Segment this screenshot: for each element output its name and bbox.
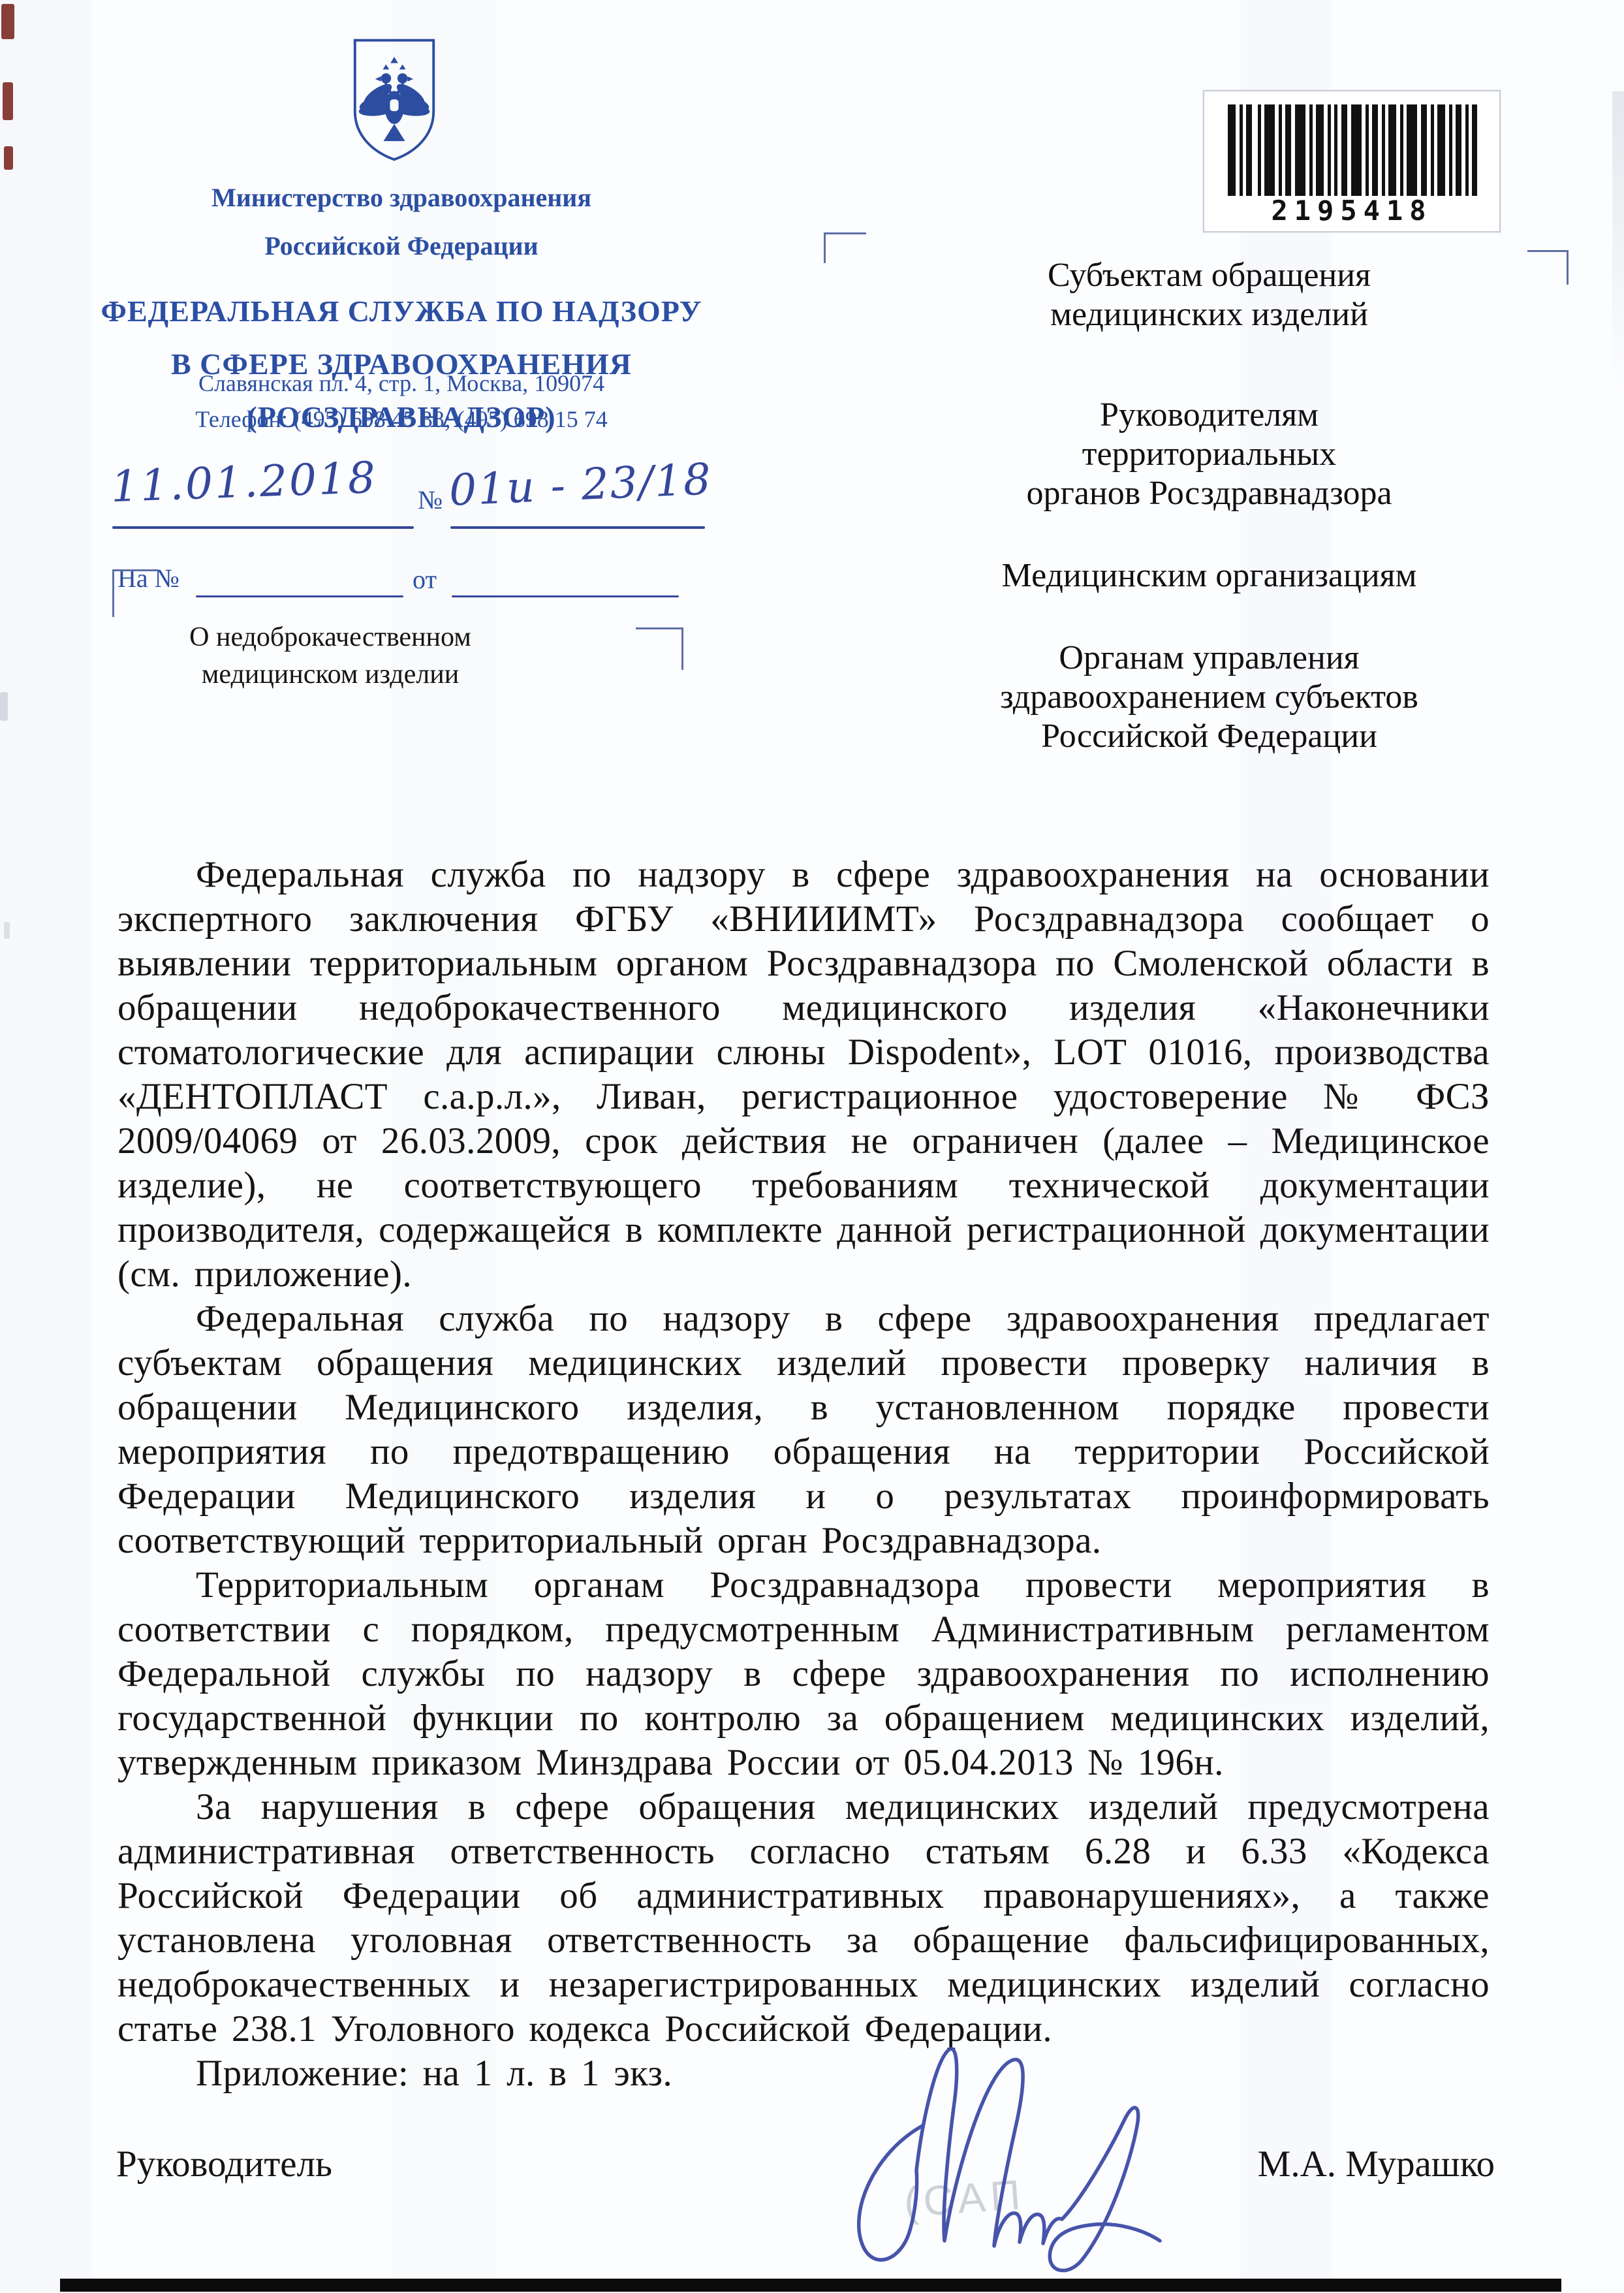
registration-barcode: 2195418 xyxy=(1203,90,1501,232)
number-sign: № xyxy=(418,484,443,515)
handwritten-signature xyxy=(826,2042,1198,2281)
recipient-group: Субъектам обращения медицинских изделий xyxy=(849,256,1570,334)
ministry-name: Министерство здравоохранения Российской … xyxy=(78,174,725,270)
signer-name: М.А. Мурашко xyxy=(1258,2143,1495,2185)
barcode-number: 2195418 xyxy=(1204,195,1499,227)
body-paragraph: За нарушения в сфере обращения медицинск… xyxy=(117,1785,1490,2051)
agency-address: Славянская пл. 4, стр. 1, Москва, 109074 xyxy=(78,366,725,402)
signature-ink-icon xyxy=(826,2042,1198,2281)
letter-body: Федеральная служба по надзору в сфере зд… xyxy=(117,853,1490,2096)
scan-edge-bar xyxy=(60,2279,1561,2292)
body-paragraph: Федеральная служба по надзору в сфере зд… xyxy=(117,1297,1490,1563)
double-headed-eagle-icon xyxy=(350,35,439,165)
letter-subject: О недоброкачественном медицинском издели… xyxy=(98,619,563,693)
scanned-letter-page: Министерство здравоохранения Российской … xyxy=(0,0,1624,2293)
in-reply-number-underline xyxy=(196,595,403,597)
subject-zone-corner-mark xyxy=(636,627,683,670)
coat-of-arms-emblem xyxy=(350,35,439,165)
scan-artifact xyxy=(3,82,13,120)
barcode-bars-icon xyxy=(1228,104,1477,196)
handwritten-date: 11.01.2018 xyxy=(110,452,378,512)
body-paragraph: Территориальным органам Росздравнадзора … xyxy=(117,1563,1490,1785)
recipient-group: Органам управления здравоохранением субъ… xyxy=(849,639,1570,756)
signer-position: Руководитель xyxy=(116,2143,332,2185)
scan-artifact xyxy=(0,692,8,721)
agency-phone: Телефон: (495) 698 45 38; (495) 698 15 7… xyxy=(78,402,725,437)
handwritten-outgoing-number: 01и - 23/18 xyxy=(448,454,713,516)
body-paragraph: Федеральная служба по надзору в сфере зд… xyxy=(117,853,1490,1297)
scan-artifact xyxy=(1,4,14,39)
scan-artifact xyxy=(4,146,13,170)
scan-artifact xyxy=(1612,91,1624,392)
in-reply-date-underline xyxy=(452,595,679,597)
recipient-group: Медицинским организациям xyxy=(849,556,1570,595)
number-underline xyxy=(450,526,705,529)
scan-artifact xyxy=(4,922,10,939)
date-underline xyxy=(112,526,414,529)
subject-zone-corner-mark xyxy=(112,569,159,617)
in-reply-from-label: от xyxy=(413,564,437,595)
recipient-group: Руководителям территориальных органов Ро… xyxy=(849,396,1570,513)
attachment-note: Приложение: на 1 л. в 1 экз. xyxy=(117,2051,1490,2096)
